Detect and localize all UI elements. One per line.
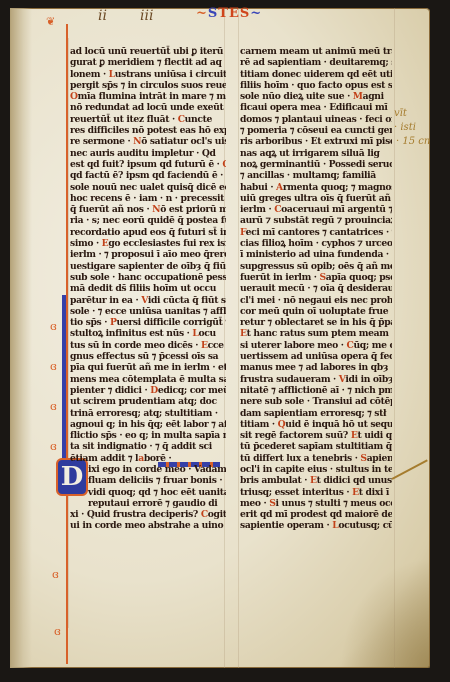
text-line: ī ministerio ad uina fundenda · Et (240, 249, 392, 261)
rubricated-capital: S (320, 272, 326, 284)
text-line: gurat ꝑ meridiem ⁊ flectit ad aq (70, 57, 226, 69)
rubricated-capital: L (332, 520, 338, 532)
text-line: meo · Si unus ⁊ stulti ⁊ meus occasus (240, 498, 392, 510)
text-line: bris ambulat · Et didici qd unus u (240, 475, 392, 487)
rubricated-capital: E (352, 486, 359, 498)
text-line: ficaui opera mea · Edificaui mī (240, 102, 392, 114)
text-line: tū p̄cederet sapīam stultitiam q̄ntū (240, 441, 392, 453)
header-flourish: ~ (250, 6, 262, 21)
running-header-letter: S (208, 6, 218, 21)
text-line: trinā erroresq; atq; stultitiam · (70, 407, 226, 419)
text-line: sole nouū nec ualet quisq̄ dicē ecce (70, 181, 226, 193)
text-line: manus mee ⁊ ad labores in qbȝ (240, 362, 392, 374)
text-line: agnoui q; in his q̄q; eēt labor ⁊ af (70, 419, 226, 431)
text-line: supgressus sū opib; oēs q̄ añ me (240, 260, 392, 272)
text-line: nec auris auditu impletur · Qd (70, 147, 226, 159)
text-line: stultoꝝ infinitus est nūs · Locu (70, 328, 226, 340)
text-line: titiam donec uiderem qd eēt utile (240, 68, 392, 80)
text-line: reuertūt̄ ut itez fluāt · Cuncte (70, 113, 226, 125)
rubricated-capital: L (192, 328, 198, 340)
margin-annotation: · isti (394, 122, 416, 134)
rubricated-capital: Q (278, 419, 286, 431)
text-line: aurū ⁊ substāt regū ⁊ prouinciaꝝ (240, 215, 392, 227)
rubricated-capital: E (240, 328, 247, 340)
rubricated-capital: V (141, 294, 148, 306)
flourish-icon: ɞ (50, 440, 57, 453)
text-line: nō redundat ad locū unde exeūt (70, 102, 226, 114)
margin-annotation: · 15 cn (396, 136, 430, 148)
text-line: domos ⁊ plantaui uineas · feci ortos (240, 113, 392, 125)
flourish-icon: ɞ (50, 360, 57, 373)
text-line: sole · ⁊ ecce uniūsa uanitas ⁊ afflic (70, 306, 226, 318)
text-line: mā dedit ds̄ filiis hoīm ut occu (70, 283, 226, 295)
rubricated-capital: F (240, 226, 246, 238)
ruling-column-gutter-right (238, 8, 239, 668)
text-line: reputaui errorē ⁊ gaudio di (70, 498, 226, 510)
text-line: Et hanc ratus sum ptem meam (240, 328, 392, 340)
text-line: filiis hoīm · quo facto opus est sub (240, 80, 392, 92)
text-line: Feci mī cantores ⁊ cantatrices · ⁊ deli (240, 226, 392, 238)
text-line: nas aqꝝ ut irrigarem siluā lig (240, 147, 392, 159)
text-line: ⁊ ancillas · multamq; familiā (240, 170, 392, 182)
pen-mark: ii (98, 8, 107, 24)
text-line: pīa qui fuerūt añ me in ierlm · et (70, 362, 226, 374)
penwork-border-red (66, 24, 68, 664)
ruling-left-column-left (68, 38, 69, 628)
rubricated-capital: C (178, 113, 185, 125)
rubricated-capital: L (109, 68, 115, 80)
text-line: uestigare sapienter de oībȝ q̄ fiūt (70, 260, 226, 272)
rubricated-capital: N (152, 204, 160, 216)
text-line: ta sit indignatio · ⁊ q̄ addit sci (70, 441, 226, 453)
text-column-left: ad locū unū reuertūt̄ ubi ꝑ iterū fluātg… (70, 46, 226, 532)
text-line: frustra sudaueram · Vidi in oībȝ ua (240, 373, 392, 385)
flourish-icon: ɞ (50, 320, 57, 333)
text-line: ierlm · ⁊ proposui ī aīo meo q̄rere ⁊ in (70, 249, 226, 261)
text-line: nitatē ⁊ afflictionē aī · ⁊ nich pma (240, 385, 392, 397)
pen-mark: iii (140, 8, 153, 24)
rubricated-capital: V (339, 373, 346, 385)
text-line: pienter ⁊ didici · Dedicq; cor meū (70, 385, 226, 397)
text-line: fluam deliciis ⁊ fruar bonis · (70, 475, 226, 487)
text-line: recordatio apud eos q̄ futuri st̄ in nou… (70, 226, 226, 238)
running-header-letter: E (229, 6, 240, 21)
flourish-icon: ɞ (54, 625, 61, 638)
text-line: ris arboribus · Et extruxi mī pisci (240, 136, 392, 148)
text-line: titiam · Quid ē inquā hō ut sequi pos (240, 419, 392, 431)
text-line: pergit sp̄s ⁊ in circulos suos reuertit̄… (70, 80, 226, 92)
text-line: uiū greges ultra oīs q̄ fuerūt añ me in (240, 193, 392, 205)
text-line: si uterer labore meo · Cūq; me cō (240, 339, 392, 351)
text-line: habui · Armenta quoq; ⁊ magnos o (240, 181, 392, 193)
text-line: nere sub sole · Transiui ad cōtēpla (240, 396, 392, 408)
rubricated-capital: D (150, 385, 158, 397)
text-line: re sermone · Nō satiatur ocl's uisu (70, 136, 226, 148)
running-header-letter: T (218, 6, 229, 21)
text-line: sapientie operam · Locutusq; cū mente me… (240, 520, 392, 532)
text-line: qd factū ē? ipsm qd faciendū ē · Nich sb (70, 170, 226, 182)
rubricated-capital: A (276, 181, 283, 193)
rubricated-capital: E (351, 430, 358, 442)
running-header: ~STES~ (196, 6, 262, 21)
text-line: tū differt lux a tenebris · Sapientis (240, 452, 392, 464)
margin-annotation: vīt (394, 108, 407, 120)
flourish-icon: ɞ (50, 400, 57, 413)
flourish-icon: ❦ (46, 15, 55, 28)
header-flourish: ~ (196, 6, 208, 21)
rubricated-capital: E (201, 339, 208, 351)
text-line: ut scirem prudentiam atq; doc (70, 396, 226, 408)
rubricated-capital: S (360, 452, 366, 464)
text-line: ētiam addit ⁊ laborē · (70, 452, 226, 464)
rubricated-capital: C (274, 204, 281, 216)
rubricated-capital: N (133, 136, 141, 148)
text-line: rē ad sapientiam · deuitaremq; stł (240, 57, 392, 69)
penwork-border-blue (62, 295, 66, 460)
rubricated-capital: P (110, 317, 117, 329)
text-line: cl'i mei · nō negaui eis nec prohibui (240, 294, 392, 306)
running-header-letter: S (240, 6, 250, 21)
text-line: mens mea cōtemplata ē multa sa (70, 373, 226, 385)
rubricated-capital: E (102, 238, 109, 250)
text-line: parētur in ea · Vidi cūcta q̄ fiūt sb (70, 294, 226, 306)
rubricated-capital: C (201, 509, 208, 521)
text-line: uerauit mecū · ⁊ oīa q̄ desiderauerūt o (240, 283, 392, 295)
text-line: triusq; esset interitus · Et dixi ī cord… (240, 486, 392, 498)
rubricated-capital: S (269, 498, 275, 510)
rubricated-capital: a (138, 452, 144, 464)
text-column-right: carnem meam ut animū meū trāsferrē ad sa… (240, 46, 392, 532)
flourish-icon: ɞ (52, 568, 59, 581)
text-line: vidi quoq; qd ⁊ hoc eēt uanitas · Risū (70, 486, 226, 498)
ruling-right-edge (394, 8, 395, 668)
rubricated-capital: C (346, 339, 353, 351)
text-line: cor meū quin oī uoluptate frue (240, 306, 392, 318)
rubricated-capital: Q (222, 159, 226, 171)
rubricated-capital: E (310, 475, 317, 487)
text-line: tus sū in corde meo dicēs · Ecce ma (70, 339, 226, 351)
text-line: ria · s; nec eorū quidē q̄ postea futura… (70, 215, 226, 227)
text-line: lonem · Lustrans uniūsa i circuitu (70, 68, 226, 80)
text-line: hoc recens ē · iam · n · precessit in sc… (70, 193, 226, 205)
text-line: dam sapientiam erroresq; ⁊ stł (240, 407, 392, 419)
text-line: ui in corde meo abstrahe a uino (70, 520, 226, 532)
